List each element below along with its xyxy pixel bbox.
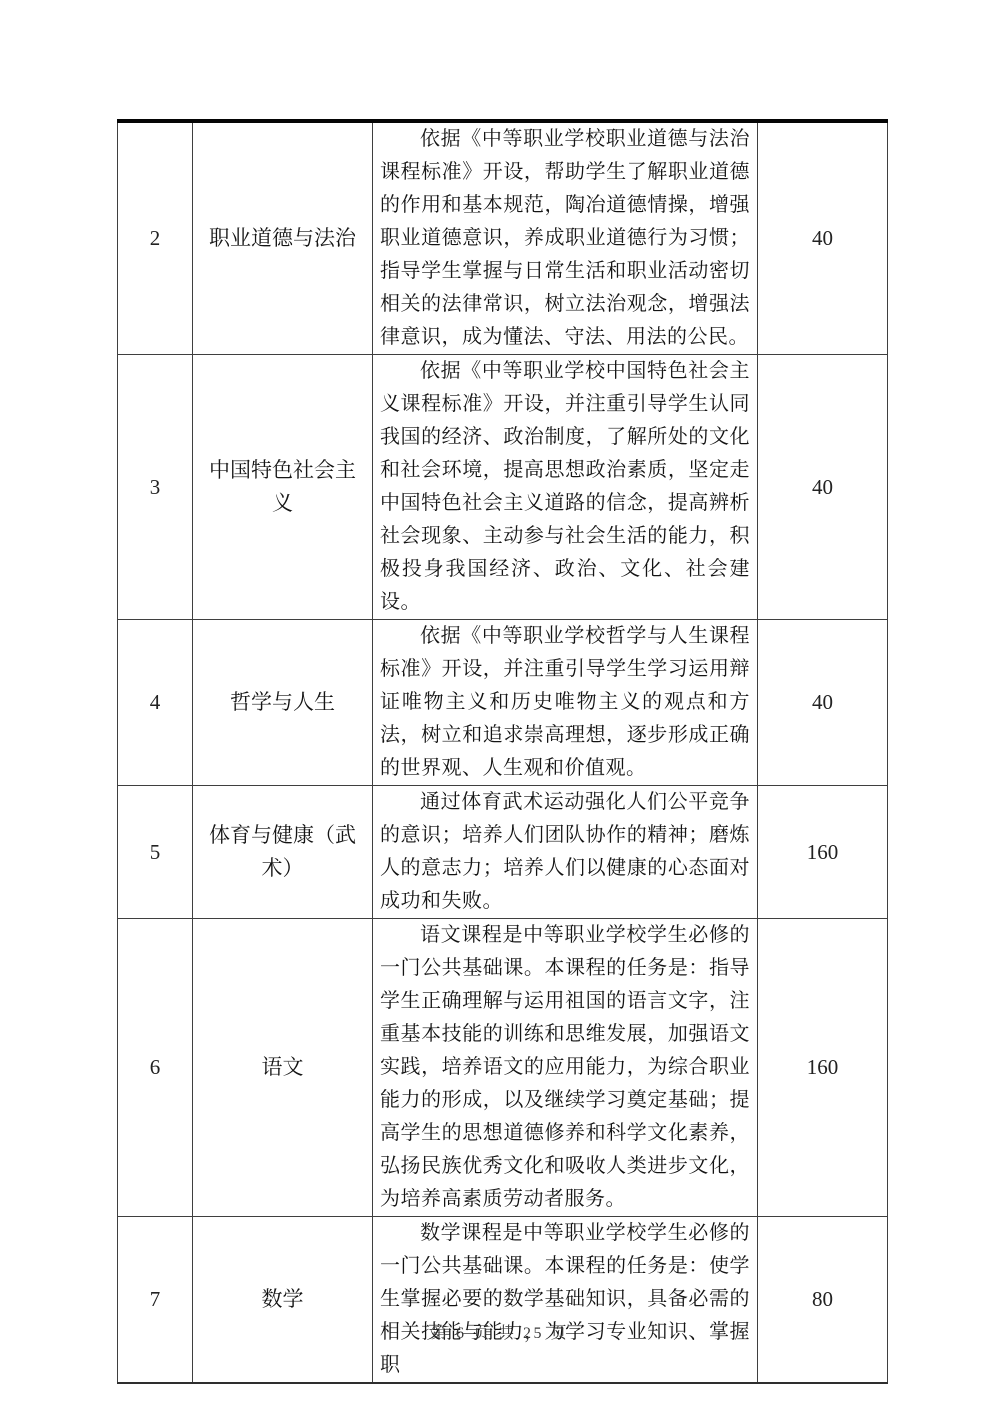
course-hours-cell: 40 <box>758 121 888 355</box>
course-description-cell: 数学课程是中等职业学校学生必修的一门公共基础课。本课程的任务是：使学生掌握必要的… <box>373 1217 758 1384</box>
row-number-cell: 3 <box>118 355 193 620</box>
course-description-cell: 语文课程是中等职业学校学生必修的一门公共基础课。本课程的任务是：指导学生正确理解… <box>373 919 758 1217</box>
course-hours-cell: 160 <box>758 919 888 1217</box>
course-name: 数学 <box>193 1283 372 1316</box>
course-description-cell: 依据《中等职业学校职业道德与法治课程标准》开设，帮助学生了解职业道德的作用和基本… <box>373 121 758 355</box>
course-description: 依据《中等职业学校哲学与人生课程标准》开设，并注重引导学生学习运用辩证唯物主义和… <box>373 620 757 785</box>
course-description-cell: 依据《中等职业学校哲学与人生课程标准》开设，并注重引导学生学习运用辩证唯物主义和… <box>373 620 758 786</box>
row-number-cell: 7 <box>118 1217 193 1384</box>
table-row: 4 哲学与人生 依据《中等职业学校哲学与人生课程标准》开设，并注重引导学生学习运… <box>118 620 888 786</box>
course-name: 体育与健康（武术） <box>193 819 372 885</box>
document-page: 2 职业道德与法治 依据《中等职业学校职业道德与法治课程标准》开设，帮助学生了解… <box>0 0 1000 1414</box>
course-name-cell: 语文 <box>193 919 373 1217</box>
row-number-cell: 2 <box>118 121 193 355</box>
table-row: 6 语文 语文课程是中等职业学校学生必修的一门公共基础课。本课程的任务是：指导学… <box>118 919 888 1217</box>
course-description-cell: 通过体育武术运动强化人们公平竞争的意识；培养人们团队协作的精神；磨炼人的意志力；… <box>373 786 758 919</box>
course-description: 语文课程是中等职业学校学生必修的一门公共基础课。本课程的任务是：指导学生正确理解… <box>373 919 757 1216</box>
course-name-cell: 数学 <box>193 1217 373 1384</box>
course-name-cell: 职业道德与法治 <box>193 121 373 355</box>
course-description: 依据《中等职业学校中国特色社会主义课程标准》开设，并注重引导学生认同我国的经济、… <box>373 355 757 619</box>
page-footer: 第 6 页 共 25 页 <box>0 1320 1000 1343</box>
course-description: 依据《中等职业学校职业道德与法治课程标准》开设，帮助学生了解职业道德的作用和基本… <box>373 123 757 354</box>
course-description: 通过体育武术运动强化人们公平竞争的意识；培养人们团队协作的精神；磨炼人的意志力；… <box>373 786 757 918</box>
course-hours-cell: 80 <box>758 1217 888 1384</box>
table-row: 2 职业道德与法治 依据《中等职业学校职业道德与法治课程标准》开设，帮助学生了解… <box>118 121 888 355</box>
course-hours-cell: 160 <box>758 786 888 919</box>
course-name-cell: 哲学与人生 <box>193 620 373 786</box>
course-description-cell: 依据《中等职业学校中国特色社会主义课程标准》开设，并注重引导学生认同我国的经济、… <box>373 355 758 620</box>
course-name-cell: 中国特色社会主义 <box>193 355 373 620</box>
course-hours-cell: 40 <box>758 355 888 620</box>
table-row: 5 体育与健康（武术） 通过体育武术运动强化人们公平竞争的意识；培养人们团队协作… <box>118 786 888 919</box>
course-name-cell: 体育与健康（武术） <box>193 786 373 919</box>
course-name: 职业道德与法治 <box>193 222 372 255</box>
course-name: 中国特色社会主义 <box>193 454 372 520</box>
table-row: 7 数学 数学课程是中等职业学校学生必修的一门公共基础课。本课程的任务是：使学生… <box>118 1217 888 1384</box>
row-number-cell: 6 <box>118 919 193 1217</box>
row-number-cell: 5 <box>118 786 193 919</box>
course-description: 数学课程是中等职业学校学生必修的一门公共基础课。本课程的任务是：使学生掌握必要的… <box>373 1217 757 1382</box>
course-hours-cell: 40 <box>758 620 888 786</box>
course-name: 哲学与人生 <box>193 686 372 719</box>
curriculum-table: 2 职业道德与法治 依据《中等职业学校职业道德与法治课程标准》开设，帮助学生了解… <box>117 119 888 1384</box>
row-number-cell: 4 <box>118 620 193 786</box>
course-name: 语文 <box>193 1051 372 1084</box>
table-row: 3 中国特色社会主义 依据《中等职业学校中国特色社会主义课程标准》开设，并注重引… <box>118 355 888 620</box>
